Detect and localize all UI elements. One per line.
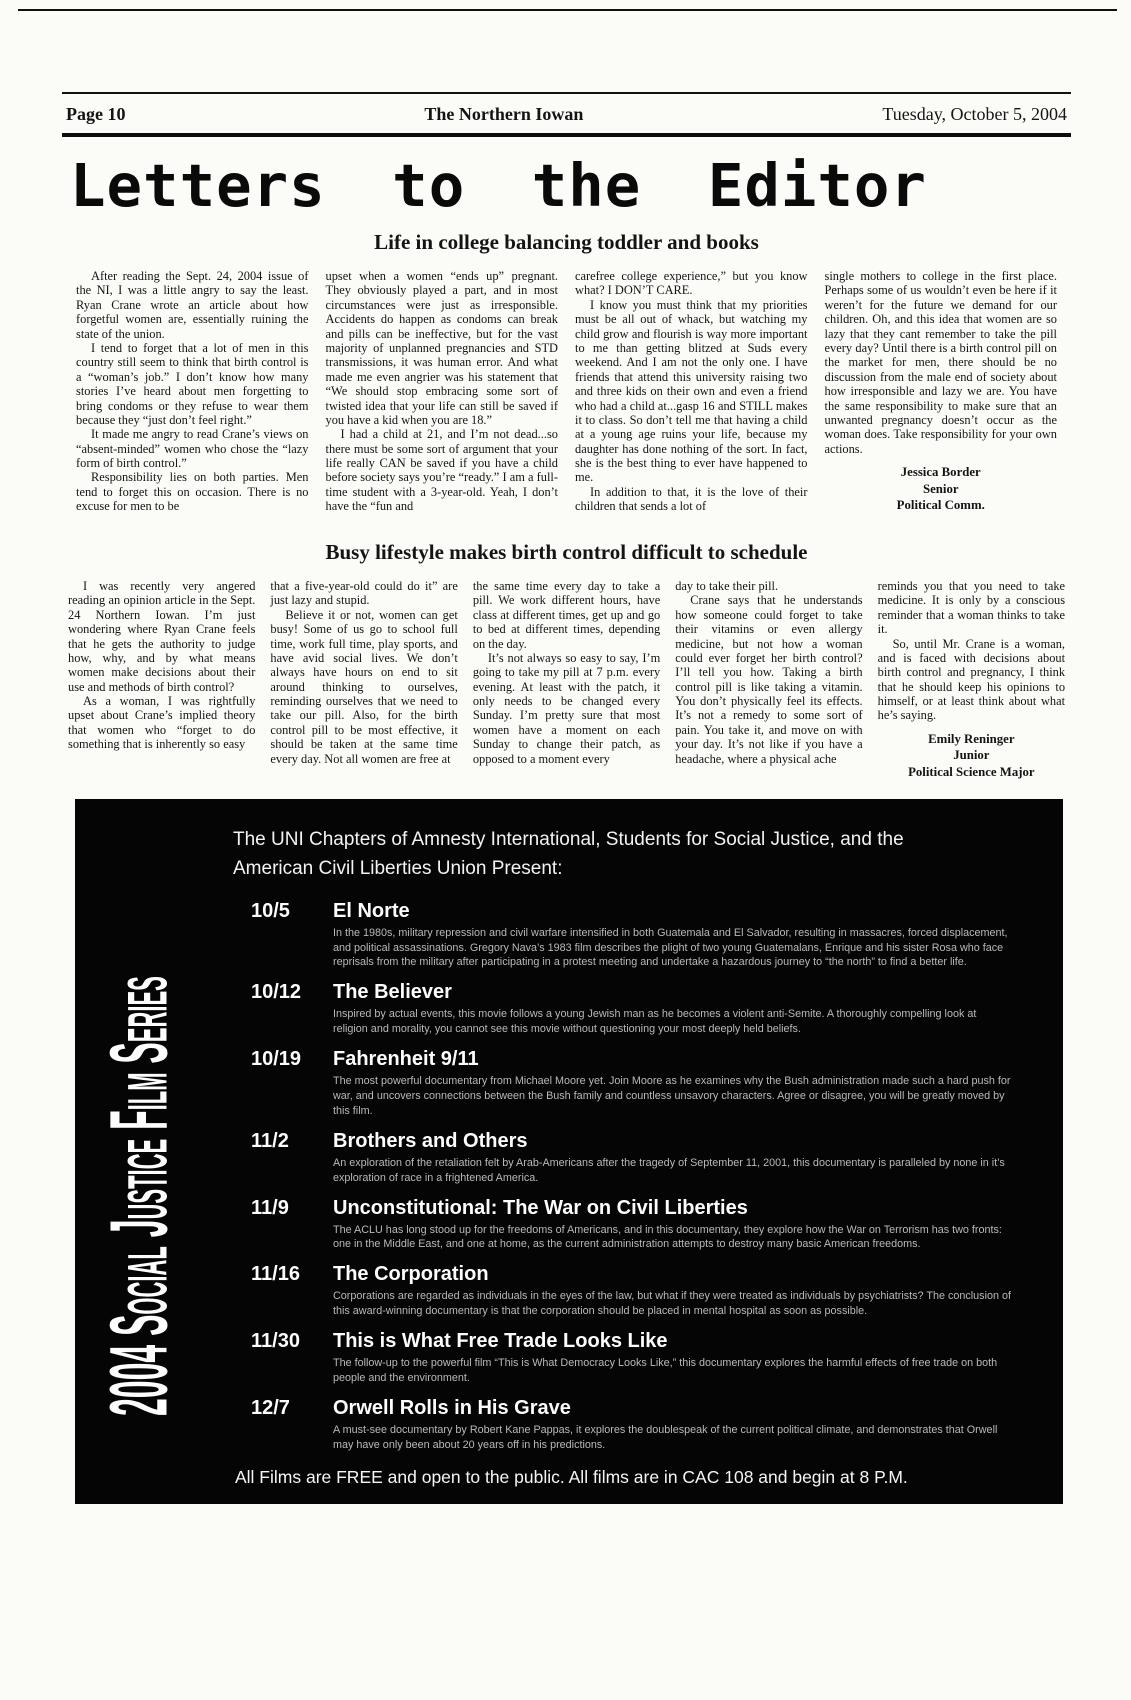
film-series-ad: 2004 Social Justice Film Series The UNI … bbox=[75, 799, 1063, 1504]
film-description: A must-see documentary by Robert Kane Pa… bbox=[333, 1423, 1013, 1453]
letter1-column-2: upset when a women “ends up” pregnant. T… bbox=[326, 269, 559, 514]
film-date: 11/30 bbox=[233, 1330, 333, 1386]
letter-2: Busy lifestyle makes birth control diffi… bbox=[62, 540, 1071, 781]
letter2-column-3: the same time every day to take a pill. … bbox=[473, 579, 660, 781]
letter-paragraph: I tend to forget that a lot of men in th… bbox=[76, 341, 309, 427]
letter1-signature: Jessica Border Senior Political Comm. bbox=[825, 464, 1058, 514]
letter-1: Life in college balancing toddler and bo… bbox=[62, 230, 1071, 514]
film-date: 11/2 bbox=[233, 1130, 333, 1186]
letter2-signature: Emily Reninger Junior Political Science … bbox=[878, 731, 1065, 781]
letter-paragraph: After reading the Sept. 24, 2004 issue o… bbox=[76, 269, 309, 341]
letter-paragraph: In addition to that, it is the love of t… bbox=[575, 485, 808, 514]
film-entry: 10/12 The Believer Inspired by actual ev… bbox=[233, 981, 1045, 1037]
film-date: 10/5 bbox=[233, 900, 333, 971]
letter1-column-1: After reading the Sept. 24, 2004 issue o… bbox=[76, 269, 309, 514]
film-entry: 11/16 The Corporation Corporations are r… bbox=[233, 1263, 1045, 1319]
letter-paragraph: upset when a women “ends up” pregnant. T… bbox=[326, 269, 559, 427]
ad-intro-line2: American Civil Liberties Union Present: bbox=[233, 858, 562, 879]
ad-intro: The UNI Chapters of Amnesty Internationa… bbox=[233, 825, 953, 884]
letter-paragraph: single mothers to college in the first p… bbox=[825, 269, 1058, 456]
letter2-column-1: I was recently very angered reading an o… bbox=[68, 579, 255, 781]
letter-paragraph: I know you must think that my priorities… bbox=[575, 298, 808, 485]
ad-footer: All Films are FREE and open to the publi… bbox=[235, 1467, 1045, 1488]
letter-paragraph: As a woman, I was rightfully upset about… bbox=[68, 694, 255, 752]
letter-paragraph: the same time every day to take a pill. … bbox=[473, 579, 660, 651]
signature-dept: Political Comm. bbox=[825, 497, 1058, 514]
film-description: Inspired by actual events, this movie fo… bbox=[333, 1007, 1013, 1037]
letter2-column-2: that a five-year-old could do it” are ju… bbox=[270, 579, 457, 781]
series-vertical-title: 2004 Social Justice Film Series bbox=[92, 841, 186, 1416]
film-entry: 12/7 Orwell Rolls in His Grave A must-se… bbox=[233, 1397, 1045, 1453]
letter-paragraph: Believe it or not, women can get busy! S… bbox=[270, 608, 457, 766]
film-date: 11/16 bbox=[233, 1263, 333, 1319]
issue-date: Tuesday, October 5, 2004 bbox=[882, 104, 1067, 125]
film-title: Unconstitutional: The War on Civil Liber… bbox=[333, 1197, 1037, 1220]
letter-paragraph: I was recently very angered reading an o… bbox=[68, 579, 255, 694]
masthead-bottom-rule bbox=[62, 133, 1071, 137]
letter-paragraph: reminds you that you need to take medici… bbox=[878, 579, 1065, 637]
masthead-title: The Northern Iowan bbox=[424, 104, 583, 125]
signature-title: Junior bbox=[878, 747, 1065, 764]
film-title: The Believer bbox=[333, 981, 1037, 1004]
section-headline: Letters to the Editor bbox=[70, 151, 1071, 220]
newspaper-page: Page 10 The Northern Iowan Tuesday, Octo… bbox=[0, 92, 1131, 1504]
masthead: Page 10 The Northern Iowan Tuesday, Octo… bbox=[62, 92, 1071, 137]
letter-paragraph: Crane says that he understands how someo… bbox=[675, 593, 862, 766]
film-date: 10/19 bbox=[233, 1048, 333, 1119]
letter-paragraph: day to take their pill. bbox=[675, 579, 862, 593]
film-entry: 11/30 This is What Free Trade Looks Like… bbox=[233, 1330, 1045, 1386]
signature-title: Senior bbox=[825, 481, 1058, 498]
letter-paragraph: It made me angry to read Crane’s views o… bbox=[76, 427, 309, 470]
letter-paragraph: I had a child at 21, and I’m not dead...… bbox=[326, 427, 559, 513]
signature-name: Jessica Border bbox=[825, 464, 1058, 481]
film-title: El Norte bbox=[333, 900, 1037, 923]
film-date: 12/7 bbox=[233, 1397, 333, 1453]
letter1-headline: Life in college balancing toddler and bo… bbox=[62, 230, 1071, 255]
letter2-columns: I was recently very angered reading an o… bbox=[68, 579, 1065, 781]
letter-paragraph: It’s not always so easy to say, I’m goin… bbox=[473, 651, 660, 766]
film-entry: 10/5 El Norte In the 1980s, military rep… bbox=[233, 900, 1045, 971]
film-description: An exploration of the retaliation felt b… bbox=[333, 1156, 1013, 1186]
film-description: The follow-up to the powerful film “This… bbox=[333, 1356, 1013, 1386]
film-title: Fahrenheit 9/11 bbox=[333, 1048, 1037, 1071]
letter2-column-5: reminds you that you need to take medici… bbox=[878, 579, 1065, 781]
scan-edge-line bbox=[18, 9, 1117, 11]
film-description: The ACLU has long stood up for the freed… bbox=[333, 1223, 1013, 1253]
ad-intro-line1: The UNI Chapters of Amnesty Internationa… bbox=[233, 829, 904, 850]
film-description: Corporations are regarded as individuals… bbox=[333, 1289, 1013, 1319]
signature-dept: Political Science Major bbox=[878, 764, 1065, 781]
film-description: The most powerful documentary from Micha… bbox=[333, 1074, 1013, 1119]
letter-paragraph: carefree college experience,” but you kn… bbox=[575, 269, 808, 298]
film-title: This is What Free Trade Looks Like bbox=[333, 1330, 1037, 1353]
letter-paragraph: So, until Mr. Crane is a woman, and is f… bbox=[878, 637, 1065, 723]
film-date: 11/9 bbox=[233, 1197, 333, 1253]
letter1-column-3: carefree college experience,” but you kn… bbox=[575, 269, 808, 514]
letter-paragraph: that a five-year-old could do it” are ju… bbox=[270, 579, 457, 608]
letter1-columns: After reading the Sept. 24, 2004 issue o… bbox=[76, 269, 1057, 514]
film-date: 10/12 bbox=[233, 981, 333, 1037]
film-entry: 10/19 Fahrenheit 9/11 The most powerful … bbox=[233, 1048, 1045, 1119]
film-title: The Corporation bbox=[333, 1263, 1037, 1286]
film-title: Brothers and Others bbox=[333, 1130, 1037, 1153]
film-title: Orwell Rolls in His Grave bbox=[333, 1397, 1037, 1420]
masthead-row: Page 10 The Northern Iowan Tuesday, Octo… bbox=[62, 94, 1071, 133]
page-number: Page 10 bbox=[66, 104, 125, 125]
signature-name: Emily Reninger bbox=[878, 731, 1065, 748]
letter1-column-4: single mothers to college in the first p… bbox=[825, 269, 1058, 514]
letter2-column-4: day to take their pill. Crane says that … bbox=[675, 579, 862, 781]
film-entry: 11/2 Brothers and Others An exploration … bbox=[233, 1130, 1045, 1186]
letter-paragraph: Responsibility lies on both parties. Men… bbox=[76, 470, 309, 513]
letter2-headline: Busy lifestyle makes birth control diffi… bbox=[62, 540, 1071, 565]
film-description: In the 1980s, military repression and ci… bbox=[333, 926, 1013, 971]
film-entry: 11/9 Unconstitutional: The War on Civil … bbox=[233, 1197, 1045, 1253]
